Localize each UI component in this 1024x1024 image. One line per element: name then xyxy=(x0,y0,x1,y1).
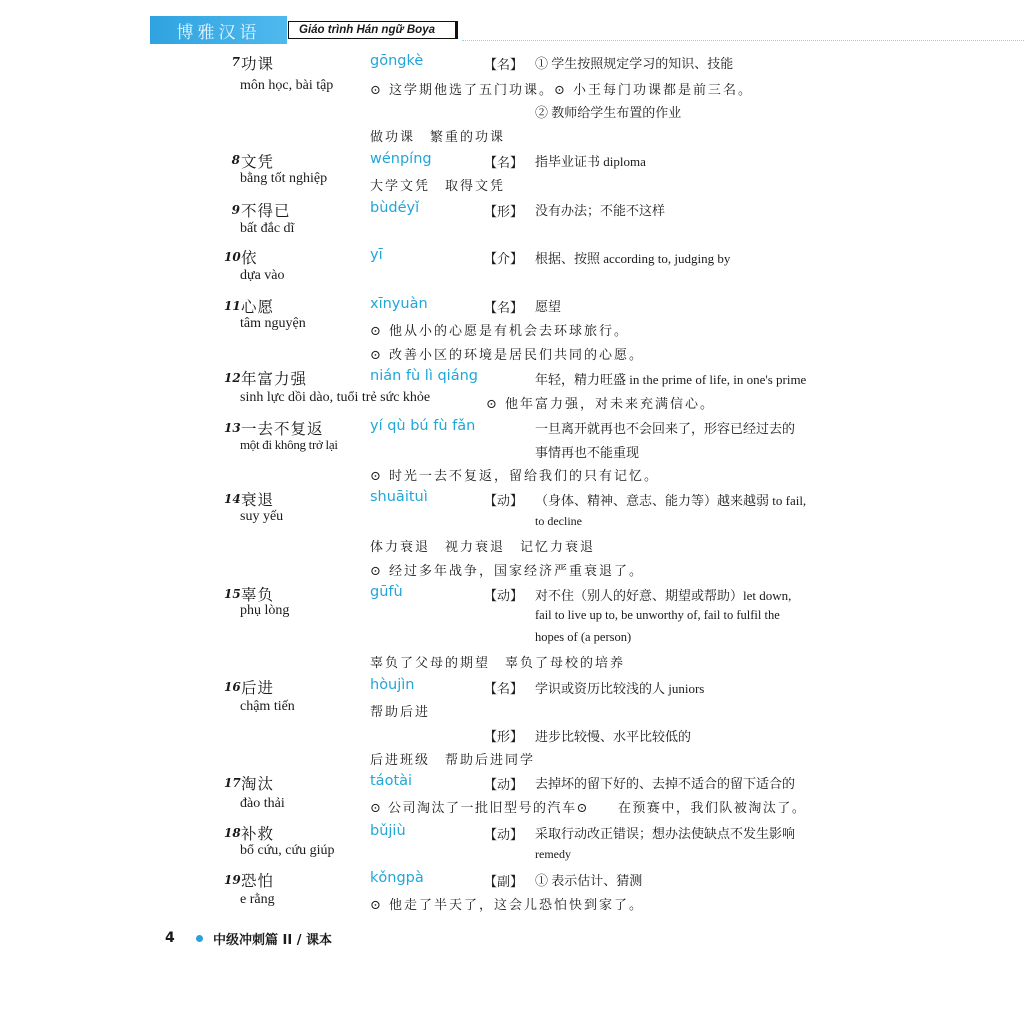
entry-vietnamese: chậm tiến xyxy=(240,699,295,715)
entry-number: 12 xyxy=(224,371,240,385)
entry-pinyin: gōngkè xyxy=(370,53,423,69)
entry-definition-cont: to decline xyxy=(535,514,582,529)
entry-pos: 【名】 xyxy=(484,297,523,316)
entry-example: ⊙ 时光一去不复返，留给我们的只有记忆。 xyxy=(370,465,659,484)
entry-number: 13 xyxy=(224,421,240,435)
entry-definition: 根据、按照 according to, judging by xyxy=(535,248,730,267)
bullet-icon xyxy=(196,935,203,942)
entry-definition-cont: fail to live up to, be unworthy of, fail… xyxy=(535,608,780,623)
entry-definition: 学识或资历比较浅的人 juniors xyxy=(535,678,704,697)
entry-vietnamese: dựa vào xyxy=(240,268,285,284)
entry-pinyin: yí qù bú fù fǎn xyxy=(370,418,475,434)
entry-pinyin: táotài xyxy=(370,773,412,789)
entry-vietnamese: đào thải xyxy=(240,796,285,812)
entry-vietnamese: bổ cứu, cứu giúp xyxy=(240,843,335,859)
entry-definition: 一旦离开就再也不会回来了，形容已经过去的 xyxy=(535,418,795,437)
entry-example: 辜负了父母的期望 辜负了母校的培养 xyxy=(370,652,625,671)
entry-pos: 【介】 xyxy=(484,248,523,267)
entry-example: 大学文凭 取得文凭 xyxy=(370,175,505,194)
entry-pos: 【副】 xyxy=(484,871,523,890)
entry-number: 9 xyxy=(224,203,240,217)
entry-pinyin: yī xyxy=(370,247,383,263)
entry-pinyin: nián fù lì qiáng xyxy=(370,368,478,384)
entry-example: ⊙ 他走了半天了，这会儿恐怕快到家了。 xyxy=(370,894,644,913)
entry-definition: 愿望 xyxy=(535,296,561,315)
entry-vietnamese: sinh lực dồi dào, tuổi trẻ sức khỏe xyxy=(240,390,430,406)
entry-vietnamese: e rằng xyxy=(240,892,275,908)
entry-definition: 指毕业证书 diploma xyxy=(535,151,646,170)
entry-vietnamese: suy yếu xyxy=(240,509,283,525)
entry-example: ⊙ 他从小的心愿是有机会去环球旅行。 xyxy=(370,320,629,339)
entry-example: 体力衰退 视力衰退 记忆力衰退 xyxy=(370,536,595,555)
entry-number: 18 xyxy=(224,826,240,840)
entry-pinyin: kǒngpà xyxy=(370,870,424,886)
entry-pos-2: 【形】 xyxy=(484,726,523,745)
entry-example: ⊙ 他年富力强，对未来充满信心。 xyxy=(486,393,715,412)
entry-example: 帮助后进 xyxy=(370,701,430,720)
page-number: 4 xyxy=(165,930,175,946)
entry-number: 14 xyxy=(224,492,240,506)
entry-definition-2: ② 教师给学生布置的作业 xyxy=(535,102,681,121)
entry-example: ⊙ 这学期他选了五门功课。⊙ 小王每门功课都是前三名。 xyxy=(370,79,753,98)
entry-vietnamese: môn học, bài tập xyxy=(240,78,333,94)
brand-label: 博雅汉语 xyxy=(150,16,287,44)
entry-vietnamese: một đi không trở lại xyxy=(240,437,338,453)
header-divider xyxy=(462,40,1024,41)
book-subtitle: Giáo trình Hán ngữ Boya xyxy=(288,21,458,39)
entry-number: 8 xyxy=(224,153,240,167)
entry-example-2: ⊙ 改善小区的环境是居民们共同的心愿。 xyxy=(370,344,644,363)
entry-hanzi: 依 xyxy=(241,246,258,268)
entry-definition: 去掉坏的留下好的、去掉不适合的留下适合的 xyxy=(535,773,795,792)
entry-example-2: 做功课 繁重的功课 xyxy=(370,126,505,145)
entry-hanzi: 衰退 xyxy=(241,488,274,510)
entry-pinyin: shuāituì xyxy=(370,489,428,505)
entry-definition-cont-2: hopes of (a person) xyxy=(535,630,631,645)
entry-pinyin: xīnyuàn xyxy=(370,296,428,312)
entry-definition: ① 表示估计、猜测 xyxy=(535,870,642,889)
entry-pinyin: wénpíng xyxy=(370,151,432,167)
entry-hanzi: 文凭 xyxy=(241,150,274,172)
entry-pinyin: bǔjiù xyxy=(370,823,406,839)
entry-pos: 【名】 xyxy=(484,152,523,171)
entry-definition: ① 学生按照规定学习的知识、技能 xyxy=(535,53,733,72)
entry-hanzi: 辜负 xyxy=(241,583,274,605)
entry-hanzi: 心愿 xyxy=(241,295,274,317)
entry-vietnamese: phụ lòng xyxy=(240,603,289,619)
entry-hanzi: 淘汰 xyxy=(241,772,274,794)
entry-number: 7 xyxy=(224,55,240,69)
entry-hanzi: 不得已 xyxy=(241,199,291,221)
entry-vietnamese: bất đắc dĩ xyxy=(240,221,294,237)
entry-pos: 【动】 xyxy=(484,490,523,509)
entry-definition: 对不住（别人的好意、期望或帮助）let down, xyxy=(535,585,791,604)
entry-example: ⊙ 公司淘汰了一批旧型号的汽车⊙ 在预赛中，我们队被淘汰了。 xyxy=(370,797,806,816)
entry-definition: 没有办法；不能不这样 xyxy=(535,200,665,219)
book-title: 中级冲刺篇 II / 课本 xyxy=(213,929,332,948)
entry-hanzi: 年富力强 xyxy=(241,367,307,389)
entry-hanzi: 功课 xyxy=(241,52,274,74)
entry-pos: 【形】 xyxy=(484,201,523,220)
entry-number: 15 xyxy=(224,587,240,601)
entry-definition-cont: remedy xyxy=(535,847,571,862)
entry-vietnamese: tâm nguyện xyxy=(240,316,306,332)
entry-definition: （身体、精神、意志、能力等）越来越弱 to fail, xyxy=(535,490,806,509)
entry-number: 10 xyxy=(224,250,240,264)
entry-number: 19 xyxy=(224,873,240,887)
entry-example-2: 后进班级 帮助后进同学 xyxy=(370,749,535,768)
entry-pinyin: hòujìn xyxy=(370,677,415,693)
entry-hanzi: 后进 xyxy=(241,676,274,698)
entry-pinyin: gūfù xyxy=(370,584,403,600)
entry-number: 11 xyxy=(224,299,240,313)
entry-pos: 【名】 xyxy=(484,678,523,697)
entry-pos: 【动】 xyxy=(484,585,523,604)
entry-pos: 【动】 xyxy=(484,774,523,793)
entry-definition: 年轻，精力旺盛 in the prime of life, in one's p… xyxy=(535,369,806,388)
entry-number: 17 xyxy=(224,776,240,790)
entry-number: 16 xyxy=(224,680,240,694)
entry-example-2: ⊙ 经过多年战争，国家经济严重衰退了。 xyxy=(370,560,644,579)
entry-pinyin: bùdéyǐ xyxy=(370,200,419,216)
entry-hanzi: 一去不复返 xyxy=(241,417,324,439)
entry-hanzi: 补救 xyxy=(241,822,274,844)
entry-pos: 【动】 xyxy=(484,824,523,843)
entry-definition-2: 进步比较慢、水平比较低的 xyxy=(535,726,691,745)
entry-vietnamese: bằng tốt nghiệp xyxy=(240,171,327,187)
entry-definition: 采取行动改正错误；想办法使缺点不发生影响 xyxy=(535,823,795,842)
entry-definition-cont: 事情再也不能重现 xyxy=(535,442,639,461)
entry-hanzi: 恐怕 xyxy=(241,869,274,891)
page-header: 博雅汉语 Giáo trình Hán ngữ Boya xyxy=(150,16,880,44)
entry-pos: 【名】 xyxy=(484,54,523,73)
